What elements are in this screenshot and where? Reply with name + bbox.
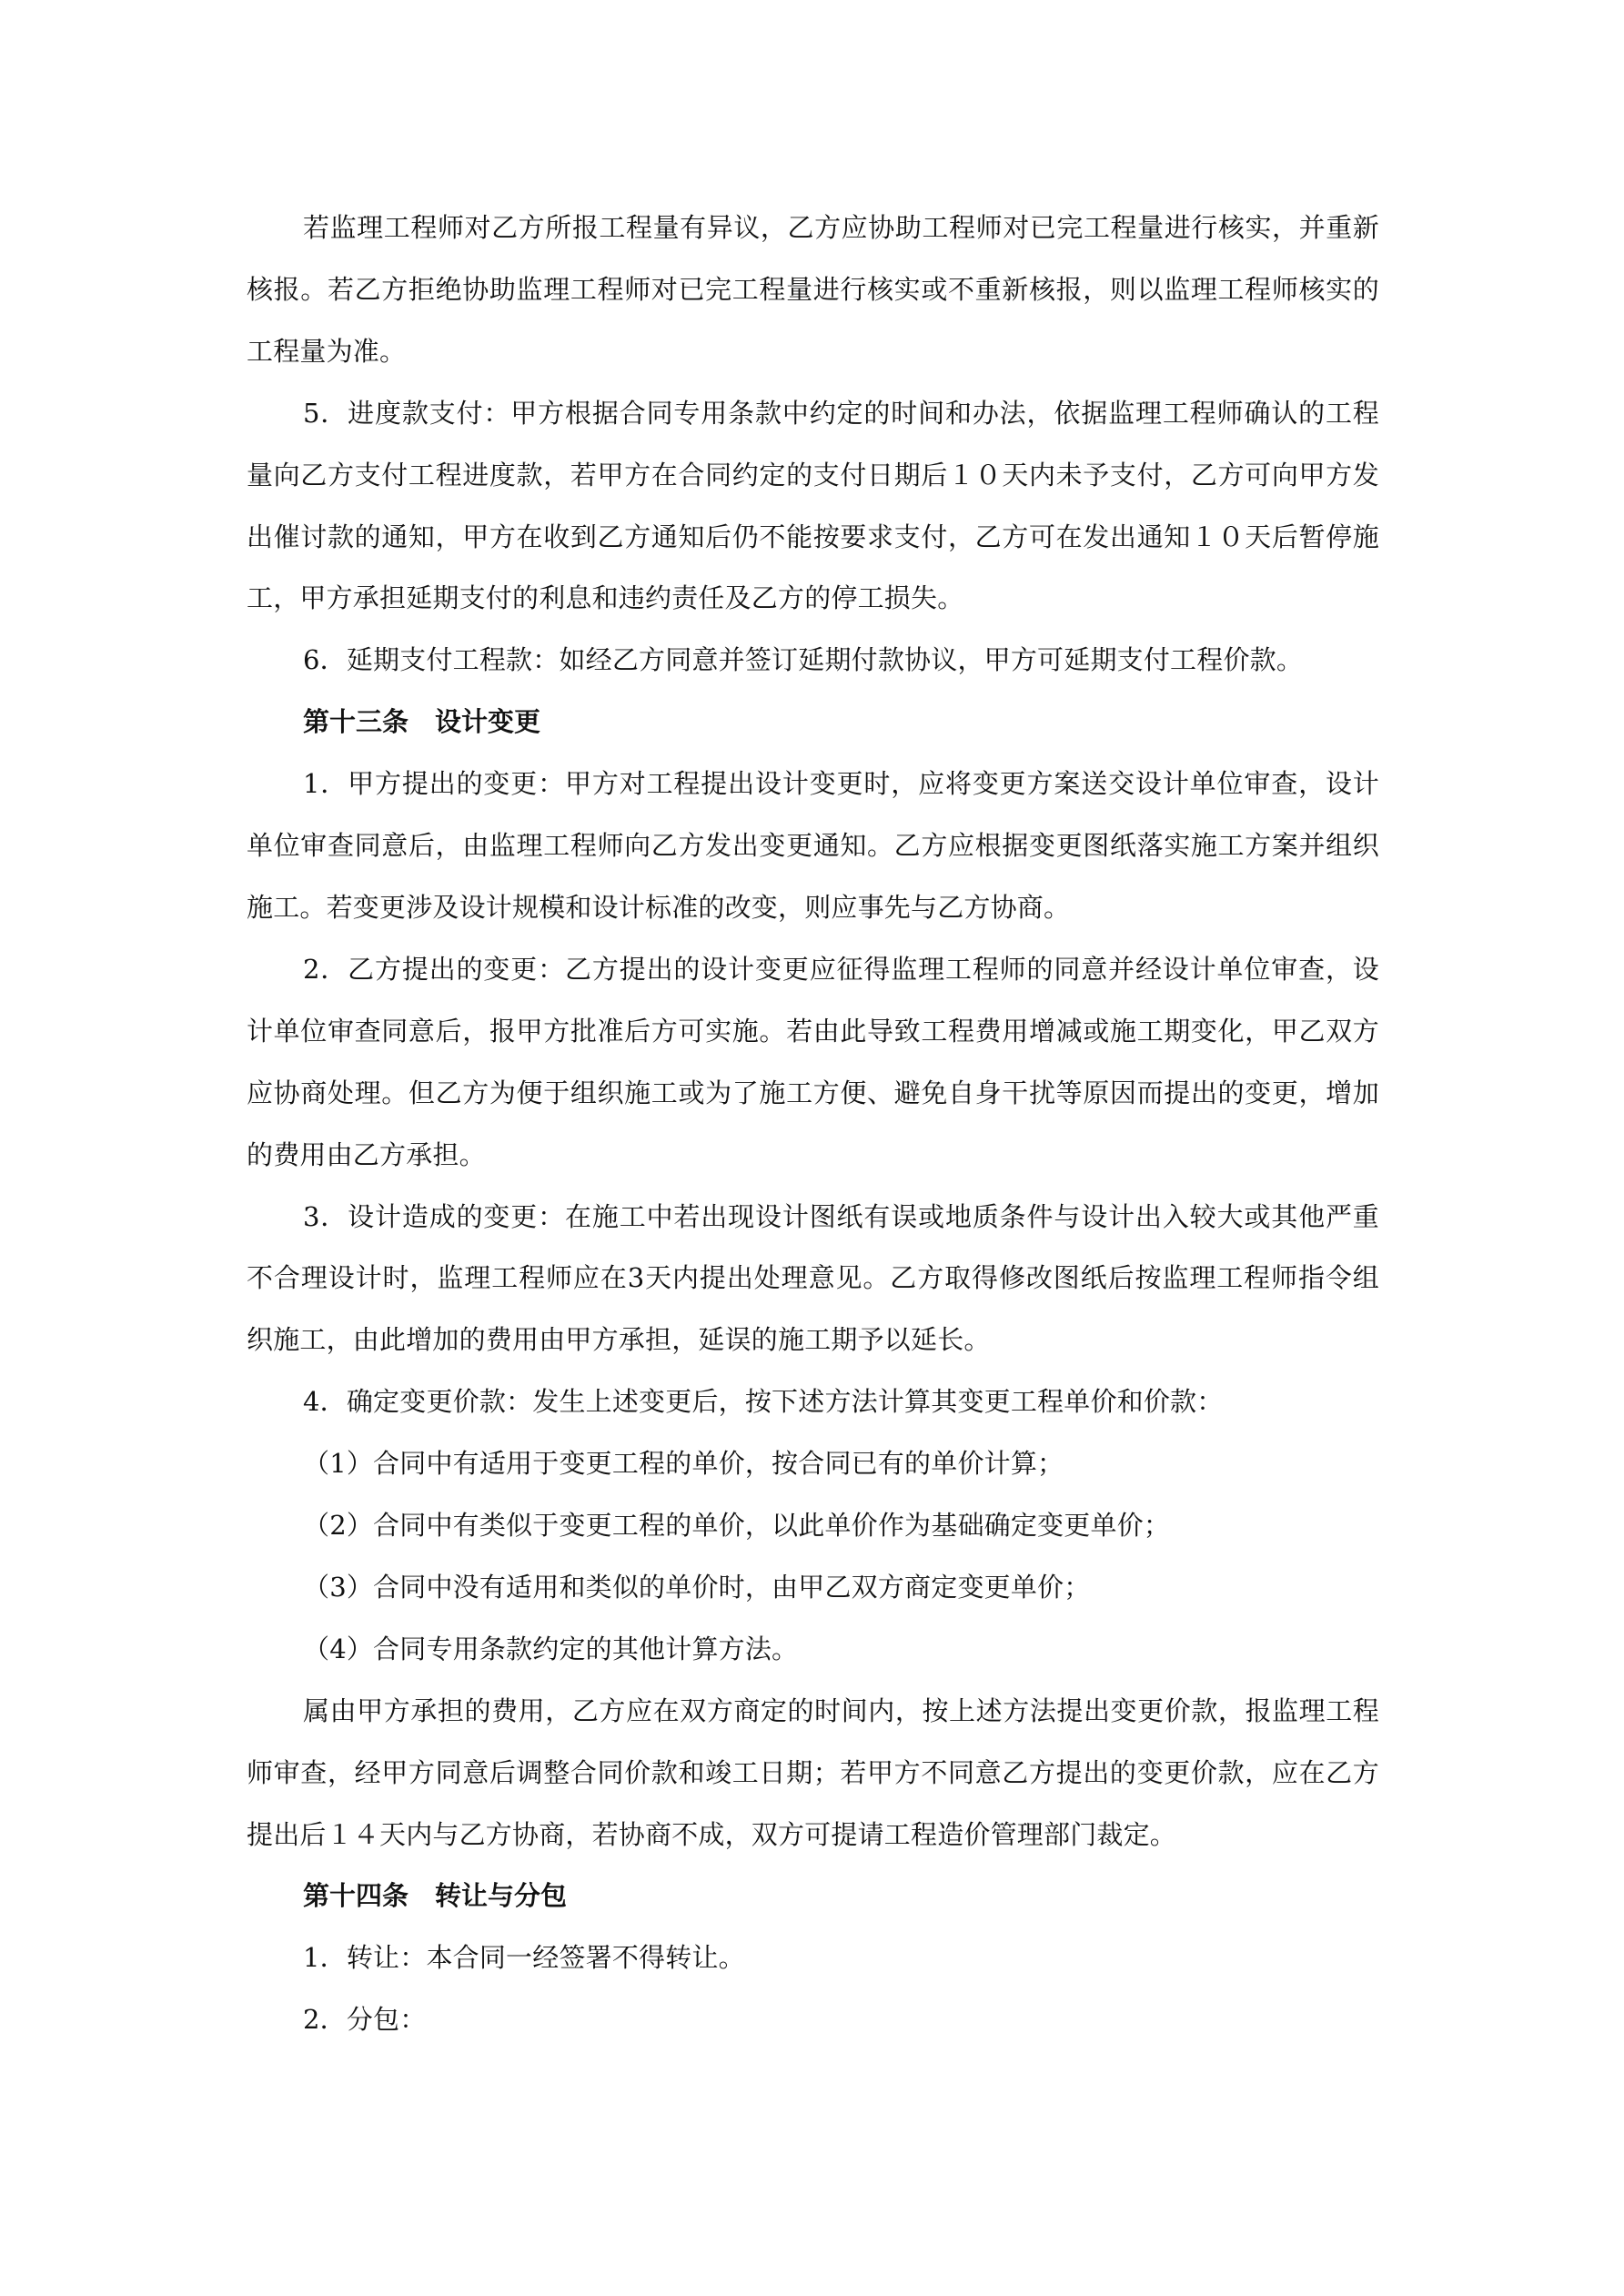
paragraph-quantity-dispute: 若监理工程师对乙方所报工程量有异议，乙方应协助工程师对已完工程量进行核实，并重新… bbox=[247, 197, 1379, 383]
paragraph-design-change: 3．设计造成的变更：在施工中若出现设计图纸有误或地质条件与设计出入较大或其他严重… bbox=[247, 1187, 1379, 1372]
article-14-heading: 第十四条 转让与分包 bbox=[247, 1866, 1379, 1927]
paragraph-subcontract: 2．分包： bbox=[247, 1989, 1379, 2051]
paragraph-progress-payment: 5．进度款支付：甲方根据合同专用条款中约定的时间和办法，依据监理工程师确认的工程… bbox=[247, 383, 1379, 631]
paragraph-transfer: 1．转让：本合同一经签署不得转让。 bbox=[247, 1927, 1379, 1989]
list-item-method-1: （1）合同中有适用于变更工程的单价，按合同已有的单价计算； bbox=[247, 1433, 1379, 1495]
list-item-method-3: （3）合同中没有适用和类似的单价时，由甲乙双方商定变更单价； bbox=[247, 1557, 1379, 1619]
paragraph-contractor-change: 2．乙方提出的变更：乙方提出的设计变更应征得监理工程师的同意并经设计单位审查，设… bbox=[247, 939, 1379, 1187]
article-13-heading: 第十三条 设计变更 bbox=[247, 692, 1379, 754]
paragraph-deferred-payment: 6．延期支付工程款：如经乙方同意并签订延期付款协议，甲方可延期支付工程价款。 bbox=[247, 630, 1379, 692]
list-item-method-2: （2）合同中有类似于变更工程的单价，以此单价作为基础确定变更单价； bbox=[247, 1495, 1379, 1557]
list-item-method-4: （4）合同专用条款约定的其他计算方法。 bbox=[247, 1619, 1379, 1681]
document-page: 若监理工程师对乙方所报工程量有异议，乙方应协助工程师对已完工程量进行核实，并重新… bbox=[247, 197, 1379, 2051]
paragraph-owner-costs: 属由甲方承担的费用，乙方应在双方商定的时间内，按上述方法提出变更价款，报监理工程… bbox=[247, 1681, 1379, 1866]
paragraph-owner-change: 1．甲方提出的变更：甲方对工程提出设计变更时，应将变更方案送交设计单位审查，设计… bbox=[247, 754, 1379, 939]
paragraph-change-price: 4．确定变更价款：发生上述变更后，按下述方法计算其变更工程单价和价款： bbox=[247, 1371, 1379, 1433]
